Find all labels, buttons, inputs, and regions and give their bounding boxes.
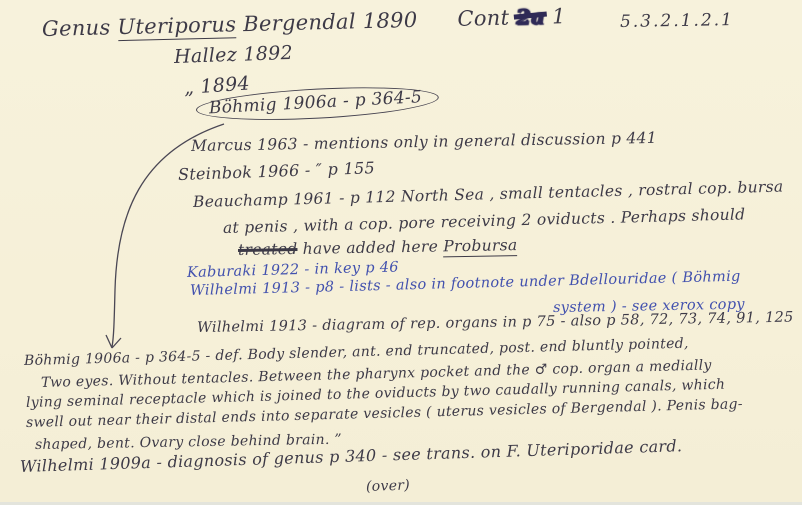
entry-marcus-1963: Marcus 1963 - mentions only in general d… [191,129,657,155]
entry-beauchamp-1961-line2: at penis , with a cop. pore receiving 2 … [223,205,746,237]
spacer [425,26,451,27]
cont-label: Cont [457,6,509,31]
probursa-underlined: Probursa [443,236,517,257]
index-card: Genus Uteriporus Bergendal 1890 Cont 2a … [0,0,802,505]
beauchamp-note-text: have added here [303,237,444,257]
entry-steinbok-1966: Steinbok 1966 - ″ p 155 [178,158,376,184]
genus-name: Uteriporus [117,12,236,41]
struck-out-word: treated [238,240,298,259]
card-title-line: Genus Uteriporus Bergendal 1890 Cont 2a … [42,3,566,41]
over-note: (over) [366,477,411,495]
entry-beauchamp-1961-line3: treated have added here Probursa [238,236,518,259]
genus-authority: Bergendal 1890 [243,8,418,36]
entry-wilhelmi-1913-diagram: Wilhelmi 1913 - diagram of rep. organs i… [197,310,794,336]
genus-label: Genus [42,15,111,41]
catalog-number: 5.3.2.1.2.1 [620,10,734,32]
scribbled-out-text: 2a [516,4,545,30]
synonym-hallez-1892: Hallez 1892 [174,42,294,68]
cont-number: 1 [552,4,566,28]
